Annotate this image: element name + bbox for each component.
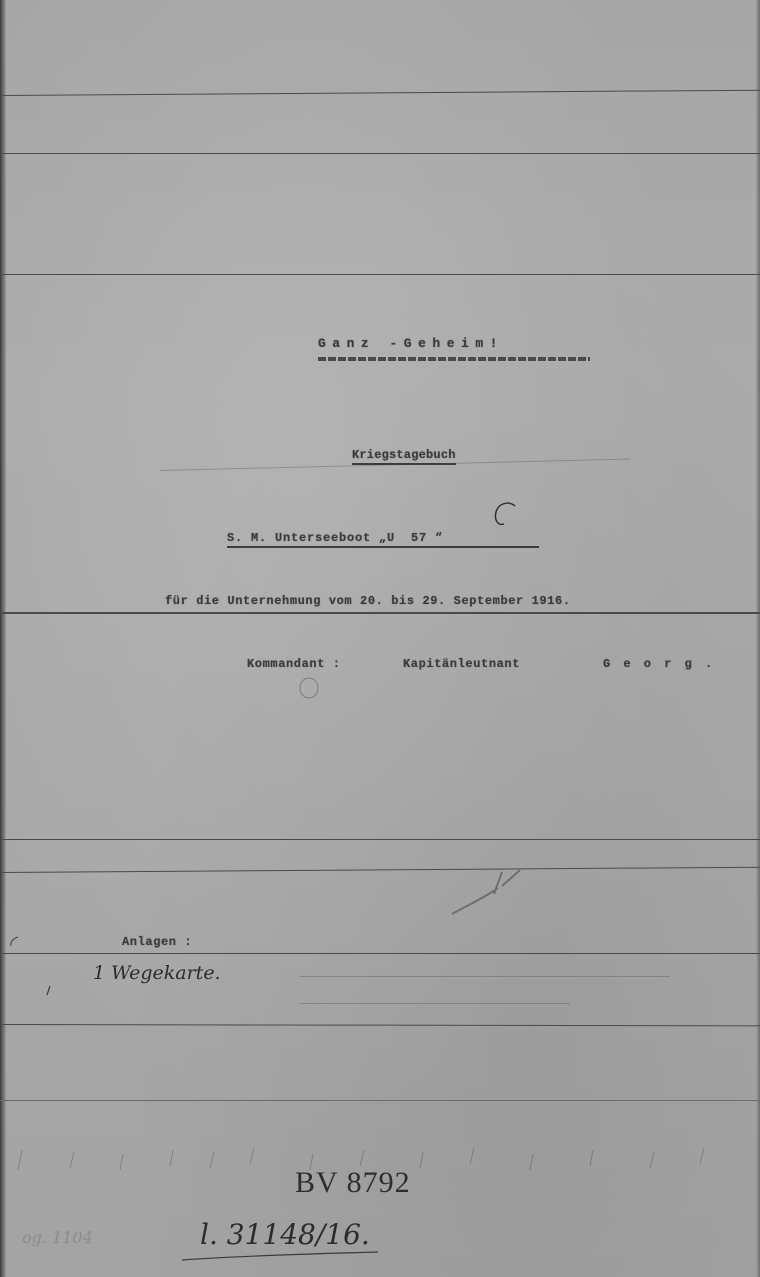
operation-period: für die Unternehmung vom 20. bis 29. Sep… [165, 594, 571, 608]
commander-name: G e o r g . [603, 657, 715, 671]
page-right-edge [756, 0, 760, 1277]
ruled-line [0, 274, 760, 275]
commander-label: Kommandant : [247, 657, 341, 671]
attachments-label: Anlagen : [122, 935, 192, 949]
handwritten-check-mark [488, 500, 522, 530]
vessel-name: S. M. Unterseeboot „U 57 “ [227, 531, 539, 548]
commander-rank: Kapitänleutnant [403, 657, 520, 671]
handwritten-reference-number: l. 31148/16. [200, 1218, 370, 1251]
handwritten-underline [180, 1250, 380, 1264]
archive-stamp: BV 8792 [295, 1166, 411, 1200]
faint-line [300, 976, 670, 977]
faint-line [300, 1003, 570, 1004]
ruled-line [0, 1100, 760, 1101]
document-title: Kriegstagebuch [352, 448, 456, 465]
classification-underline [318, 357, 590, 361]
margin-tick [8, 935, 20, 947]
margin-tick [44, 985, 52, 997]
classification-heading: Ganz -Geheim! [318, 336, 504, 351]
ruled-line [0, 612, 760, 614]
faded-reference: og. 1104 [22, 1228, 93, 1247]
attachments-handwritten: 1 Wegekarte. [93, 962, 221, 984]
ruled-line [0, 839, 760, 840]
ruled-line [0, 1024, 760, 1026]
scanned-document-page: Ganz -Geheim! Kriegstagebuch S. M. Unter… [0, 0, 760, 1277]
ruled-line [0, 90, 760, 96]
faint-circle-mark [296, 676, 324, 704]
faint-scribble [450, 868, 530, 918]
ruled-line [0, 867, 760, 873]
page-left-edge [0, 0, 6, 1277]
ruled-line [0, 953, 760, 954]
ruled-line [0, 153, 760, 154]
